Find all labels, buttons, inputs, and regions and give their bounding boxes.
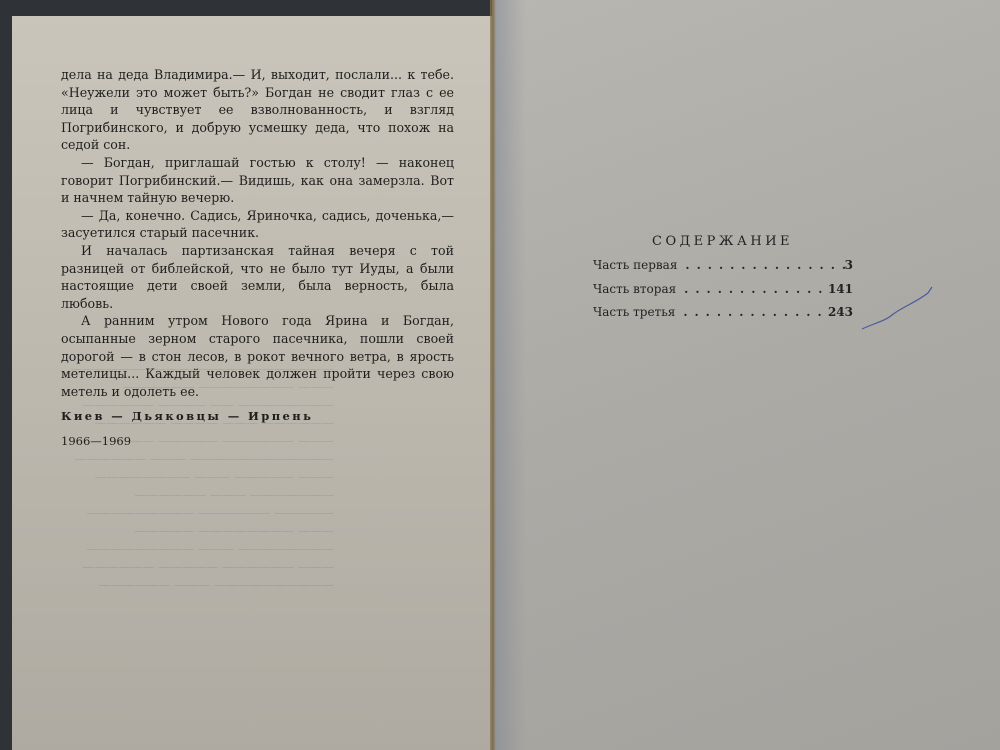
place-signature: Киев — Дьяковцы — Ирпень (61, 408, 454, 426)
table-of-contents: Часть первая ................. 3 Часть в… (593, 258, 853, 329)
toc-label: Часть вторая (593, 282, 676, 296)
paragraph: И началась партизанская тайная вечеря с … (61, 242, 454, 312)
toc-leader-dots: ................. (677, 258, 844, 272)
left-page-text: дела на деда Владимира.— И, выходит, пос… (61, 66, 454, 450)
toc-title: СОДЕРЖАНИЕ (652, 234, 793, 249)
toc-page: 243 (828, 305, 853, 319)
years-signature: 1966—1969 (61, 433, 454, 451)
toc-row: Часть третья ................. 243 (593, 305, 853, 329)
gutter-shadow (496, 0, 526, 750)
paragraph: — Да, конечно. Садись, Яриночка, садись,… (61, 207, 454, 242)
toc-leader-dots: ................. (675, 305, 828, 319)
toc-row: Часть вторая ................. 141 (593, 282, 853, 306)
paragraph: — Богдан, приглашай гостью к столу! — на… (61, 154, 454, 207)
paragraph: А ранним утром Нового года Ярина и Богда… (61, 312, 454, 400)
toc-label: Часть третья (593, 305, 675, 319)
right-page (492, 0, 1000, 750)
toc-page: 3 (845, 258, 853, 272)
toc-page: 141 (828, 282, 853, 296)
toc-leader-dots: ................. (676, 282, 828, 296)
toc-label: Часть первая (593, 258, 677, 272)
toc-row: Часть первая ................. 3 (593, 258, 853, 282)
pen-mark-icon (860, 285, 940, 335)
paragraph: дела на деда Владимира.— И, выходит, пос… (61, 66, 454, 154)
